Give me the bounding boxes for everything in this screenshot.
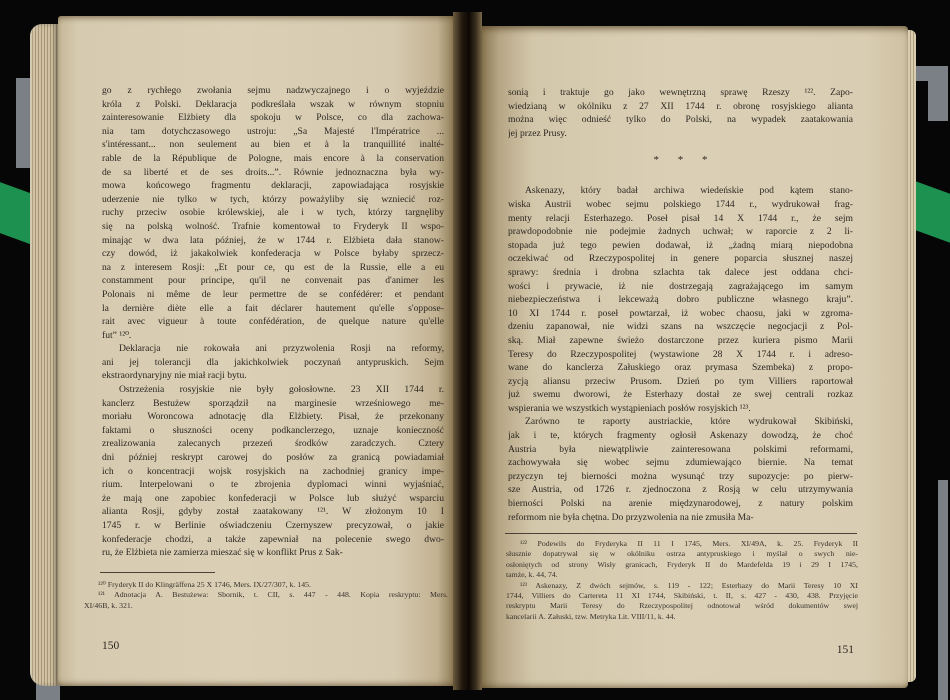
text-line: reskryptu Marii Teresy do Rzeczypospolit…	[506, 601, 858, 611]
text-line: czy dowód, iż jakakolwiek konfederacja w…	[102, 247, 444, 261]
paragraph: ¹²³ Askenazy, Z dwóch sejmów, s. 119 - 1…	[506, 581, 858, 623]
text-line: Deklaracja nie rokowała ani przyzwolenia…	[102, 342, 444, 356]
text-line: zycją aliansu przeciw Prusom. Dzień po t…	[508, 375, 853, 389]
text-line: prawdopodobnie nie podejmie żadnych uchw…	[508, 225, 853, 239]
text-line: Austria była niewątpliwie zainteresowana…	[508, 443, 853, 457]
text-line: ekstraordynaryjny nie miał racji bytu.	[102, 369, 444, 383]
text-line: Askenazy, który badał archiwa wiedeńskie…	[508, 184, 853, 198]
text-line: fut” ¹²⁰.	[102, 329, 444, 343]
text-line: że mają one zapobiec konfederacji w Pols…	[102, 492, 444, 506]
screen: go z rychłego zwołania sejmu nadzwyczajn…	[0, 0, 950, 700]
text-line: ¹²² Podewils do Fryderyka II 11 I 1745, …	[506, 539, 858, 549]
text-line: faktami o słuszności oceny podkanclerzeg…	[102, 424, 444, 438]
text-line: kanclerz Bestużew sporządził na margines…	[102, 397, 444, 411]
text-line: przyczyn tej bierności można wysunąć trz…	[508, 470, 853, 484]
text-line: reformom nie była chętna. Do przyzwoleni…	[508, 511, 853, 525]
text-line: kancelarii A. Załuski, tzw. Metryka Lit.…	[506, 612, 858, 622]
text-line: Teresy do Rzeczypospolitej (wystawione 2…	[508, 348, 853, 362]
paragraph: ¹²¹ Adnotacja A. Bestużewa: Sbornik, t. …	[84, 590, 448, 611]
text-line: już swemu dworowi, że Esterhazy dostał z…	[508, 388, 853, 402]
text-line: ich o koncentracji wojsk rosyjskich na z…	[102, 465, 444, 479]
text-line: osłoniętych od strony Wisły granicach, F…	[506, 560, 858, 570]
text-line: jej przez Prusy.	[508, 127, 853, 141]
wallpaper-gray-shape	[928, 66, 948, 121]
text-line: wiedzianą w okólniku z 27 XII 1744 r. ob…	[508, 100, 853, 114]
text-line: nia tam dotychczasowego ustroju: „Sa Maj…	[102, 125, 444, 139]
text-line: ¹²⁰ Fryderyk II do Klingräffena 25 X 174…	[84, 580, 448, 590]
text-line: Ostrzeżenia rosyjskie nie były gołosłown…	[102, 383, 444, 397]
text-line: 1744, Villiers do Cartereta 11 XI 1744, …	[506, 591, 858, 601]
text-line: 10 XI 1744 r. poseł powtarzał, iż wobec …	[508, 307, 853, 321]
text-line: mowa końcowego fragmentu deklaracji, zap…	[102, 179, 444, 193]
text-line: zainteresowanie Elżbiety dla spokoju w P…	[102, 111, 444, 125]
section-divider: * * *	[508, 140, 853, 184]
text-line: sze Austria, od 1726 r. zjednoczona z Ro…	[508, 483, 853, 497]
paragraph: Deklaracja nie rokowała ani przyzwolenia…	[102, 342, 444, 383]
text-line: ru, że Elżbieta nie zamierza mieszać się…	[102, 546, 444, 560]
text-line: ską. Miał zapewne świeżo dostarczone prz…	[508, 334, 853, 348]
text-line: oczekiwać od Rzeczypospolitej in genere …	[508, 252, 853, 266]
text-line: Polonais ni même de leur permettre de se…	[102, 288, 444, 302]
text-line: minając w dwa lata później, że w 1744 r.…	[102, 234, 444, 248]
text-line: uderzenie nie tylko w tych, którzy poważ…	[102, 193, 444, 207]
left-page-edge-stack	[30, 24, 58, 686]
text-line: zachowywała się wobec sejmu zdumiewająco…	[508, 456, 853, 470]
left-page-footnotes: ¹²⁰ Fryderyk II do Klingräffena 25 X 174…	[84, 580, 448, 611]
text-line: wspierania we wszystkich wystąpieniach p…	[508, 402, 853, 416]
text-line: menty relacji Esterhazego. Poseł pisał 1…	[508, 212, 853, 226]
text-line: sonią i traktuje go jako wewnętrzną spra…	[508, 86, 853, 100]
text-line: ¹²³ Askenazy, Z dwóch sejmów, s. 119 - 1…	[506, 581, 858, 591]
text-line: stopada już tego pewien dodawał, iż „żad…	[508, 239, 853, 253]
text-line: la dernière diète elle a fait déclarer h…	[102, 302, 444, 316]
text-line: wane do kanclerza Załuskiego oraz prymas…	[508, 361, 853, 375]
right-page-edge	[908, 30, 916, 682]
text-line: moriału Woroncowa adnotację dla Elżbiety…	[102, 410, 444, 424]
left-footnote-rule	[100, 572, 215, 573]
text-line: 1745 r. w Berlinie oświadczeniu Czernysz…	[102, 519, 444, 533]
text-line: ani jej tolerancji dla jakichkolwiek poc…	[102, 356, 444, 370]
text-line: tamże, k. 44, 74.	[506, 570, 858, 580]
left-page-body-text: go z rychłego zwołania sejmu nadzwyczajn…	[102, 84, 444, 560]
text-line: ruchy przeciw osobie królewskiej, ale i …	[102, 206, 444, 220]
text-line: króla z Polski. Deklaracja podkreślała w…	[102, 98, 444, 112]
book-gutter	[453, 12, 482, 690]
text-line: rable de la République de Pologne, mais …	[102, 152, 444, 166]
text-line: bierności Polski na arenie międzynarodow…	[508, 497, 853, 511]
text-line: słusznie dopatrywał się w okólniku ostrz…	[506, 549, 858, 559]
text-line: sprawy: średnia i drobna szlachta tak da…	[508, 266, 853, 280]
right-footnote-rule	[505, 533, 857, 534]
text-line: s'intéressant... non seulement au bien e…	[102, 138, 444, 152]
text-line: rait avec vigueur à toute confédération,…	[102, 315, 444, 329]
right-page-number: 151	[508, 644, 854, 656]
text-line: jak i te, których fragmenty ogłosił Aske…	[508, 429, 853, 443]
text-line: go z rychłego zwołania sejmu nadzwyczajn…	[102, 84, 444, 98]
wallpaper-gray-bar	[938, 480, 948, 700]
text-line: się na polską wolność. Trafnie komentowa…	[102, 220, 444, 234]
text-line: wości i prywacie, iż nie dostrzegają zag…	[508, 280, 853, 294]
right-page-footnotes: ¹²² Podewils do Fryderyka II 11 I 1745, …	[506, 539, 858, 622]
text-line: Zarówno te raporty austriackie, które wy…	[508, 415, 853, 429]
paragraph: sonią i traktuje go jako wewnętrzną spra…	[508, 86, 853, 140]
text-line: wiska Austrii wobec sejmu polskiego 1744…	[508, 198, 853, 212]
text-line: na z interesem Rosji: „Et pour ce, qu es…	[102, 261, 444, 275]
text-line: dni później reskrypt carowej do posłów z…	[102, 451, 444, 465]
text-line: konfederacje chodzi, a także zapewniał n…	[102, 533, 444, 547]
text-line: constamment pour principe, qu'il ne conv…	[102, 274, 444, 288]
left-page-number: 150	[102, 640, 119, 652]
paragraph: ¹²² Podewils do Fryderyka II 11 I 1745, …	[506, 539, 858, 581]
text-line: XI/46B, k. 321.	[84, 601, 448, 611]
text-line: rium. Interpelowani o te zbrojenia dyplo…	[102, 478, 444, 492]
text-line: alianta Rosji, gdyby został zaatakowany …	[102, 505, 444, 519]
paragraph: go z rychłego zwołania sejmu nadzwyczajn…	[102, 84, 444, 342]
text-line: można więc odnieść tylko do Polski, na w…	[508, 113, 853, 127]
paragraph: ¹²⁰ Fryderyk II do Klingräffena 25 X 174…	[84, 580, 448, 590]
text-line: niebezpieczeństwa i lekceważą dobro publ…	[508, 293, 853, 307]
paragraph: Zarówno te raporty austriackie, które wy…	[508, 415, 853, 524]
text-line: dzeniu zapanował, nie widzi szans na wsz…	[508, 320, 853, 334]
book-spread: go z rychłego zwołania sejmu nadzwyczajn…	[30, 12, 916, 690]
text-line: de sa liberté et de ses droits...”. Równ…	[102, 166, 444, 180]
right-page-body-text: sonią i traktuje go jako wewnętrzną spra…	[508, 86, 853, 524]
paragraph: Ostrzeżenia rosyjskie nie były gołosłown…	[102, 383, 444, 560]
paragraph: Askenazy, który badał archiwa wiedeńskie…	[508, 184, 853, 415]
text-line: zrealizowania zalecanych przezeń środków…	[102, 437, 444, 451]
text-line: ¹²¹ Adnotacja A. Bestużewa: Sbornik, t. …	[84, 590, 448, 600]
